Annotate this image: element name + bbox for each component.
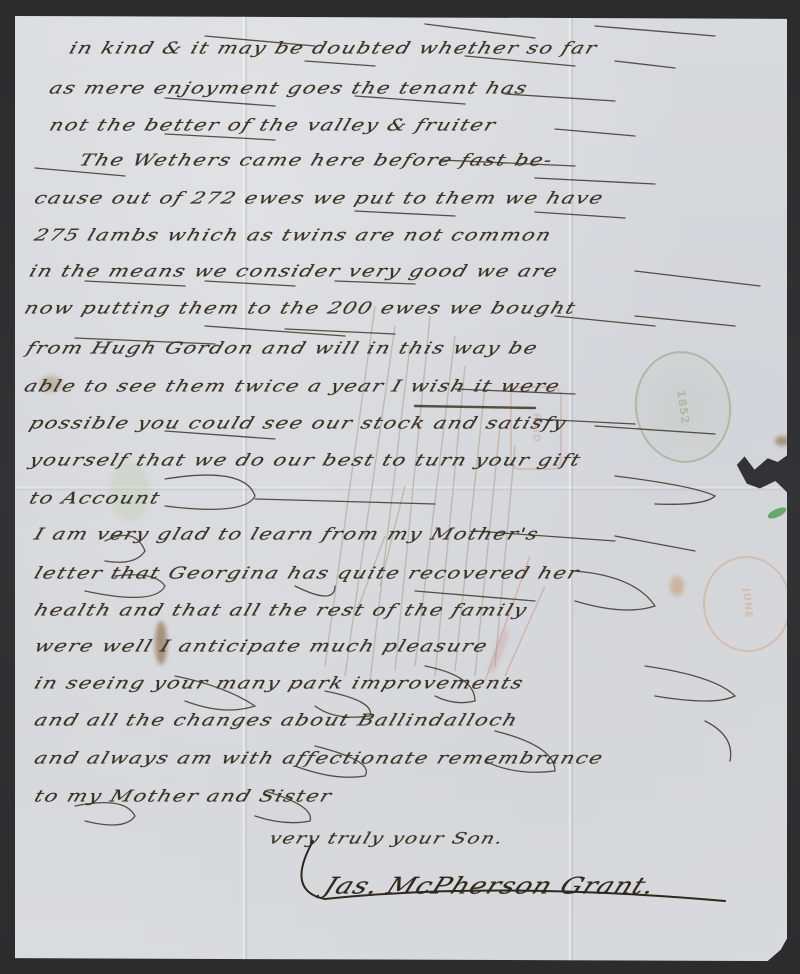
letter-line: health and that all the rest of the fami… <box>32 601 531 620</box>
letter-line: to Account <box>27 489 164 508</box>
letter-line: possible you could see our stock and sat… <box>27 414 570 433</box>
letter-line: The Wethers came here before fast be- <box>77 151 556 170</box>
letter-line: as mere enjoyment goes the tenant has <box>47 79 531 98</box>
letter-line: able to see them twice a year I wish it … <box>22 377 563 396</box>
letter-page: 1852 JUNE PAID <box>15 16 787 961</box>
letter-line: 275 lambs which as twins are not common <box>32 226 555 245</box>
letter-line: and all the changes about Ballindalloch <box>32 711 521 730</box>
letter-body: in kind & it may be doubted whether so f… <box>15 16 787 961</box>
letter-line: not the better of the valley & fruiter <box>47 116 499 135</box>
letter-line: now putting them to the 200 ewes we boug… <box>22 299 579 318</box>
letter-line: cause out of 272 ewes we put to them we … <box>32 189 607 208</box>
letter-line: in the means we consider very good we ar… <box>27 262 561 281</box>
signature: Jas. McPherson Grant. <box>320 873 660 899</box>
letter-line: in seeing your many park improvements <box>32 674 527 693</box>
letter-line: to my Mother and Sister <box>32 787 335 806</box>
letter-line: letter that Georgina has quite recovered… <box>32 564 582 583</box>
letter-closing: very truly your Son. <box>267 829 507 848</box>
letter-line: from Hugh Gordon and will in this way be <box>24 339 541 358</box>
letter-line: and always am with affectionate remembra… <box>32 749 607 768</box>
letter-line: I am very glad to learn from my Mother's <box>32 525 542 544</box>
letter-line: in kind & it may be doubted whether so f… <box>67 39 601 58</box>
letter-line: yourself that we do our best to turn you… <box>27 451 584 470</box>
letter-line: were well I anticipate much pleasure <box>32 637 491 656</box>
